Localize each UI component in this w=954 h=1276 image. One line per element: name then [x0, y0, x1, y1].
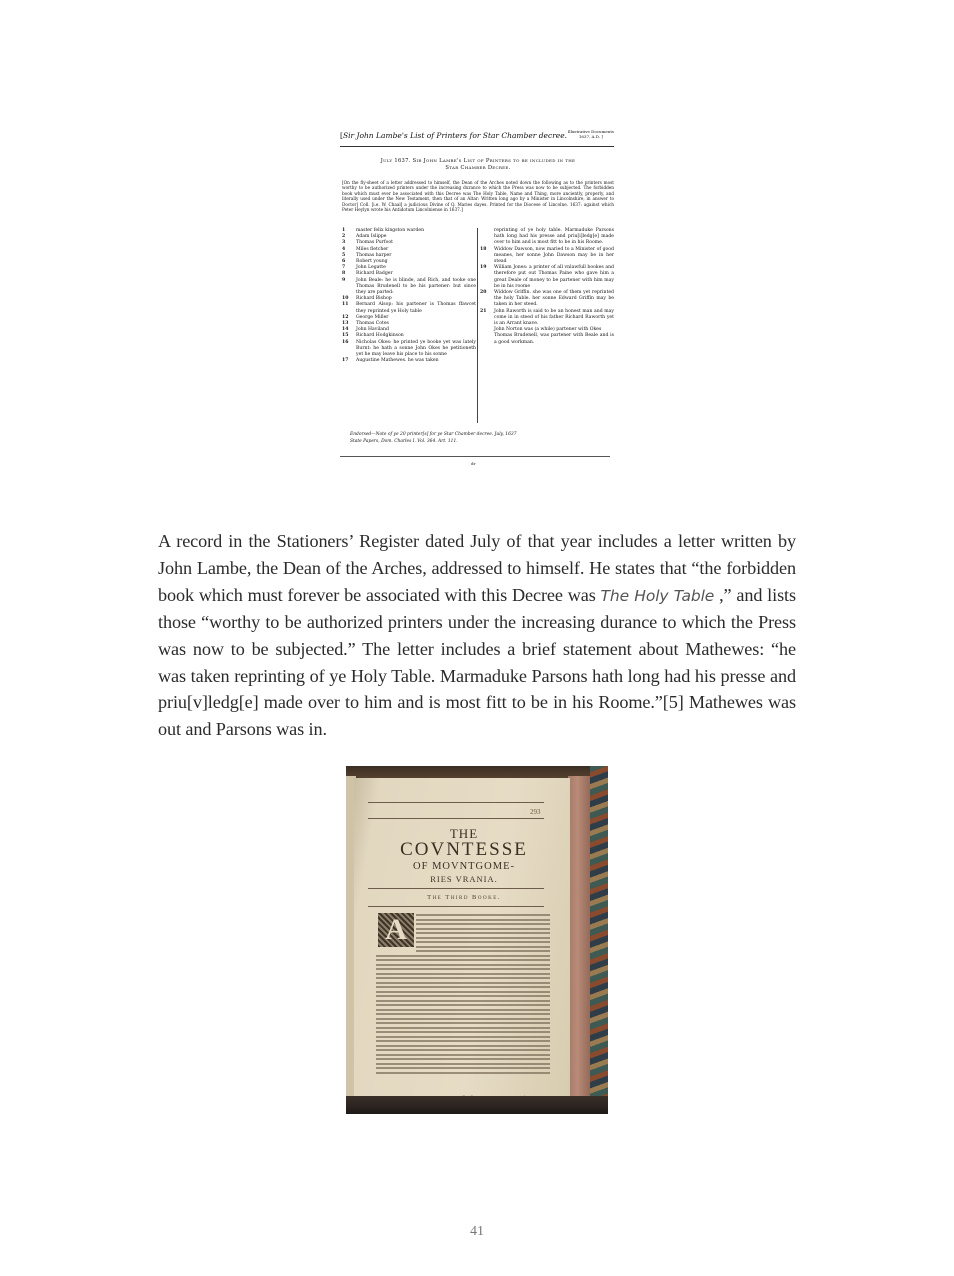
text-line — [376, 1000, 550, 1002]
signature-mark: dr — [471, 461, 475, 466]
header-rule — [340, 146, 614, 147]
book-page: 293 THE COVNTESSE OF MOVNTGOME- RIES VRA… — [354, 778, 570, 1096]
entry-text: Nicholas Okes: he printed ye booke yet w… — [356, 340, 476, 359]
text-line — [416, 919, 550, 921]
printer-list-left-column: 1master felix kingston warden2Adam Islip… — [342, 228, 476, 364]
printer-entry: 18Widdow Dawson, now maried to a Ministe… — [480, 247, 614, 266]
text-line — [376, 1004, 550, 1006]
running-head: [Sir John Lambe's List of Printers for S… — [340, 131, 616, 140]
paragraph-text-2: ,” and lists those “worthy to be authori… — [158, 585, 796, 740]
text-line — [376, 968, 550, 970]
text-line — [416, 932, 550, 934]
printer-entry: 9John Beale: he is blinde, and Rich, and… — [342, 278, 476, 297]
entry-number: 9 — [342, 278, 356, 297]
text-line — [416, 950, 550, 952]
entry-number: 16 — [342, 340, 356, 359]
source-citation: State Papers, Dom. Charles I. Vol. 364. … — [350, 439, 610, 446]
text-line — [416, 946, 550, 948]
text-line — [376, 982, 550, 984]
printer-entry: 21John Raworth is said to be an honest m… — [480, 309, 614, 328]
entry-number: 20 — [480, 290, 494, 309]
entry-number: 19 — [480, 265, 494, 290]
text-line — [376, 1049, 550, 1051]
text-line — [416, 928, 550, 930]
page-rule-4 — [368, 906, 544, 907]
intro-note: [On the fly-sheet of a letter addressed … — [342, 180, 614, 212]
page-rule-2 — [368, 818, 544, 819]
entry-number — [480, 333, 494, 345]
entry-number: 21 — [480, 309, 494, 328]
endorsement: Endorsed—Note of ye 20 printer[s] for ye… — [350, 432, 610, 445]
text-line — [376, 1040, 550, 1042]
text-line — [376, 1067, 550, 1069]
page-rule-top — [368, 802, 544, 803]
text-line — [416, 937, 550, 939]
text-line — [376, 1054, 550, 1056]
running-head-text: Sir John Lambe's List of Printers for St… — [343, 131, 567, 140]
text-line — [376, 1018, 550, 1020]
body-paragraph: A record in the Stationers’ Register dat… — [158, 528, 796, 743]
text-line — [376, 1022, 550, 1024]
book-page-number: 293 — [530, 808, 541, 816]
text-line — [376, 1036, 550, 1038]
page-rule-3 — [368, 888, 544, 889]
text-line — [376, 959, 550, 961]
text-line — [376, 1013, 550, 1015]
page-edges — [568, 776, 592, 1096]
text-line — [376, 977, 550, 979]
entry-number: 17 — [342, 358, 356, 364]
text-line — [416, 941, 550, 943]
book-photograph: 293 THE COVNTESSE OF MOVNTGOME- RIES VRA… — [346, 766, 608, 1114]
printer-entry: 19William Jones: a printer of all vnlawf… — [480, 265, 614, 290]
text-line — [376, 1009, 550, 1011]
text-line — [416, 914, 550, 916]
printer-list-right-column: reprinting of ye holy table. Marmaduke P… — [480, 228, 614, 346]
entry-text: reprinting of ye holy table. Marmaduke P… — [494, 228, 614, 247]
text-line — [416, 923, 550, 925]
side-line-2: 1637, A.D. — [579, 134, 600, 139]
entry-text: Bernard Alsop: his partener is Thomas ff… — [356, 302, 476, 314]
entry-text: Augustine Mathewes. he was taken — [356, 358, 476, 364]
column-divider — [477, 228, 478, 423]
book-title-line-3: OF MOVNTGOME- — [362, 861, 566, 872]
text-line — [376, 1031, 550, 1033]
printer-entry: reprinting of ye holy table. Marmaduke P… — [480, 228, 614, 247]
marbled-cover — [590, 766, 608, 1114]
text-line — [376, 995, 550, 997]
text-line — [376, 1027, 550, 1029]
text-line — [376, 1063, 550, 1065]
text-line — [376, 991, 550, 993]
document-title: July 1637. Sir John Lambe's List of Prin… — [344, 158, 612, 172]
book-title-italic: The Holy Table — [601, 587, 715, 605]
printer-entry: 16Nicholas Okes: he printed ye booke yet… — [342, 340, 476, 359]
book-bottom-shadow — [346, 1096, 608, 1114]
text-line — [376, 1058, 550, 1060]
title-line-2: Star Chamber Decree. — [344, 165, 612, 172]
running-head-side: Illustrative Documents 1637, A.D. ] — [568, 130, 614, 139]
entry-text: John Raworth is said to be an honest man… — [494, 309, 614, 328]
book-title-line-4: RIES VRANIA. — [362, 874, 566, 884]
text-line — [376, 1045, 550, 1047]
entry-number: 11 — [342, 302, 356, 314]
entry-number: 18 — [480, 247, 494, 266]
printer-entry: 17Augustine Mathewes. he was taken — [342, 358, 476, 364]
text-line — [376, 1072, 550, 1074]
decorated-initial: A — [378, 913, 414, 947]
printer-entry: 20Widdow Griffin. she was one of them ye… — [480, 290, 614, 309]
printer-entry: Thomas Brudenell, was partener with Beal… — [480, 333, 614, 345]
book-subtitle: The Third Booke. — [362, 894, 566, 901]
entry-text: William Jones: a printer of all vnlawful… — [494, 265, 614, 290]
entry-text: Widdow Griffin. she was one of them yet … — [494, 290, 614, 309]
title-line-1: July 1637. Sir John Lambe's List of Prin… — [344, 158, 612, 165]
entry-text: John Beale: he is blinde, and Rich, and … — [356, 278, 476, 297]
footer-rule — [340, 456, 610, 457]
printer-entry: 11Bernard Alsop: his partener is Thomas … — [342, 302, 476, 314]
entry-text: Thomas Brudenell, was partener with Beal… — [494, 333, 614, 345]
text-line — [376, 973, 550, 975]
text-line — [376, 986, 550, 988]
page-number: 41 — [0, 1224, 954, 1240]
book-title-line-2: COVNTESSE — [362, 839, 566, 861]
entry-number — [480, 228, 494, 247]
text-line — [376, 964, 550, 966]
entry-text: Widdow Dawson, now maried to a Minister … — [494, 247, 614, 266]
text-line — [376, 955, 550, 957]
register-scan-figure: [Sir John Lambe's List of Printers for S… — [338, 128, 618, 468]
